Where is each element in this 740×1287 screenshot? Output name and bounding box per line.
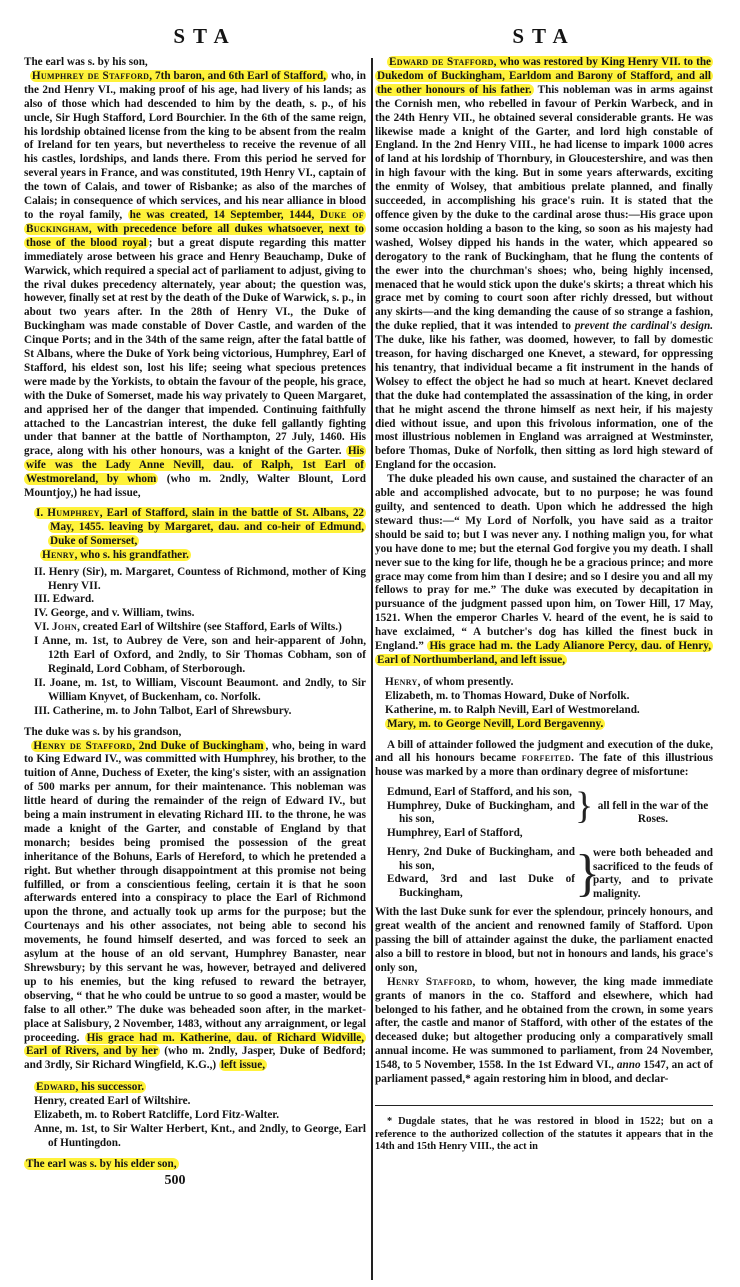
- issue-item: Edward, his successor.: [24, 1081, 366, 1095]
- issue-item: Henry, of whom presently.: [375, 676, 713, 690]
- left-column: STA The earl was s. by his son, Humphrey…: [24, 0, 366, 1188]
- issue-number: III.: [34, 705, 50, 717]
- issue-item: II. Joane, m. 1st, to William, Viscount …: [24, 677, 366, 705]
- brace-entry: Humphrey, Duke of Buckingham, and his so…: [385, 800, 575, 827]
- paragraph-edward-3rd-duke: Edward de Stafford, who was restored by …: [375, 56, 713, 473]
- issue-text: , who s. his grandfather.: [75, 549, 189, 561]
- document-page: STA The earl was s. by his son, Humphrey…: [0, 0, 740, 1287]
- succession-line: The earl was s. by his son,: [24, 56, 148, 68]
- body-text: he was created, 14 September, 1444,: [130, 209, 320, 221]
- issue-item: Elizabeth, m. to Robert Ratcliffe, Lord …: [24, 1109, 366, 1123]
- succession-line: The duke was s. by his grandson,: [24, 726, 181, 738]
- right-brace-icon: }: [575, 786, 589, 840]
- body-text: who, in the 2nd Henry VI., making proof …: [24, 70, 366, 221]
- issue-number: I: [34, 635, 38, 647]
- issue-list-edward: Henry, of whom presently. Elizabeth, m. …: [375, 676, 713, 732]
- issue-text: George, and v. William, twins.: [51, 607, 195, 619]
- issue-number: II.: [34, 566, 46, 578]
- person-name: Henry: [385, 676, 418, 688]
- person-name: John: [52, 621, 77, 633]
- issue-item: Elizabeth, m. to Thomas Howard, Duke of …: [375, 690, 713, 704]
- body-text: The duke, like his father, was doomed, h…: [375, 334, 713, 471]
- issue-list-humphrey: I. Humphrey, Earl of Stafford, slain in …: [24, 507, 366, 719]
- issue-text: Edward.: [53, 593, 94, 605]
- issue-item: Katherine, m. to Ralph Nevill, Earl of W…: [375, 704, 713, 718]
- brace-entry: Edmund, Earl of Stafford, and his son,: [385, 786, 575, 800]
- issue-text: , his successor.: [76, 1081, 145, 1093]
- issue-text: , of whom presently.: [418, 676, 514, 688]
- paragraph-attainder: A bill of attainder followed the judgmen…: [375, 739, 713, 781]
- person-name: Henry de Stafford: [33, 740, 132, 752]
- issue-text: , created Earl of Wiltshire (see Staffor…: [77, 621, 342, 633]
- brace-summary: all fell in the war of the Roses.: [589, 786, 713, 840]
- brace-group-war-of-roses: Edmund, Earl of Stafford, and his son, H…: [375, 786, 713, 840]
- issue-number: VI.: [34, 621, 49, 633]
- highlight-left-issue: left issue,: [219, 1059, 267, 1071]
- issue-text: Elizabeth, m. to Robert Ratcliffe, Lord …: [34, 1109, 279, 1121]
- title-text: , 7th baron, and 6th Earl of Stafford,: [149, 70, 326, 82]
- forfeited-text: forfeited: [522, 752, 571, 764]
- brace-entry: Humphrey, Earl of Stafford,: [385, 827, 575, 841]
- issue-item: Anne, m. 1st, to Sir Walter Herbert, Knt…: [24, 1123, 366, 1151]
- running-head-left: STA: [24, 0, 366, 56]
- paragraph-last-duke: With the last Duke sunk for ever the spl…: [375, 906, 713, 976]
- column-divider: [371, 58, 373, 1280]
- issue-text: Elizabeth, m. to Thomas Howard, Duke of …: [385, 690, 629, 702]
- person-name: Henry Stafford: [387, 976, 473, 988]
- issue-item: VI. John, created Earl of Wiltshire (see…: [24, 621, 366, 635]
- issue-text: Henry, created Earl of Wiltshire.: [34, 1095, 190, 1107]
- paragraph-henry-stafford: Henry Stafford, to whom, however, the ki…: [375, 976, 713, 1087]
- issue-text: Katherine, m. to Ralph Nevill, Earl of W…: [385, 704, 640, 716]
- issue-text: Anne, m. 1st, to Aubrey de Vere, son and…: [42, 635, 366, 675]
- italic-text: anno: [617, 1059, 641, 1071]
- paragraph-henry-2nd-duke: The duke was s. by his grandson, Henry d…: [24, 726, 366, 1074]
- issue-item: I. Humphrey, Earl of Stafford, slain in …: [24, 507, 366, 549]
- person-name: Henry: [42, 549, 75, 561]
- person-name: Humphrey: [47, 507, 99, 519]
- issue-text: Mary, m. to George Nevill, Lord Bergaven…: [385, 718, 605, 730]
- person-name: Edward de Stafford: [389, 56, 494, 68]
- issue-item: Henry, who s. his grandfather.: [24, 549, 366, 563]
- person-name: Humphrey de Stafford: [32, 70, 149, 82]
- paragraph-humphrey: The earl was s. by his son, Humphrey de …: [24, 56, 366, 501]
- body-text: , to whom, however, the king made immedi…: [375, 976, 713, 1071]
- issue-text: Anne, m. 1st, to Sir Walter Herbert, Knt…: [34, 1123, 366, 1149]
- footnote: * Dugdale states, that he was restored i…: [375, 1116, 713, 1154]
- issue-number: II.: [34, 677, 46, 689]
- brace-entry: Henry, 2nd Duke of Buckingham, and his s…: [385, 846, 575, 873]
- brace-entry: Edward, 3rd and last Duke of Buckingham,: [385, 873, 575, 900]
- body-text: , who, being in ward to King Edward IV.,…: [24, 740, 366, 1044]
- footnote-rule: [375, 1105, 713, 1106]
- brace-group-beheaded: Henry, 2nd Duke of Buckingham, and his s…: [375, 846, 713, 902]
- italic-text: prevent the cardinal's design.: [575, 320, 713, 332]
- issue-item: II. Henry (Sir), m. Margaret, Countess o…: [24, 566, 366, 594]
- right-column: STA Edward de Stafford, who was restored…: [375, 0, 713, 1154]
- issue-item: Mary, m. to George Nevill, Lord Bergaven…: [375, 718, 713, 732]
- body-text: This nobleman was in arms against the Co…: [375, 84, 713, 332]
- issue-item: III. Edward.: [24, 593, 366, 607]
- issue-item: Henry, created Earl of Wiltshire.: [24, 1095, 366, 1109]
- title-text: , 2nd Duke of Buckingham: [132, 740, 263, 752]
- issue-item: IV. George, and v. William, twins.: [24, 607, 366, 621]
- person-name: Edward: [36, 1081, 76, 1093]
- issue-text: Catherine, m. to John Talbot, Earl of Sh…: [53, 705, 292, 717]
- issue-item: I Anne, m. 1st, to Aubrey de Vere, son a…: [24, 635, 366, 677]
- succession-line-elder-son: The earl was s. by his elder son,: [24, 1158, 366, 1172]
- highlight-humphrey-title: Humphrey de Stafford, 7th baron, and 6th…: [30, 70, 328, 82]
- issue-number: III.: [34, 593, 50, 605]
- issue-item: III. Catherine, m. to John Talbot, Earl …: [24, 705, 366, 719]
- issue-text: Henry (Sir), m. Margaret, Countess of Ri…: [48, 566, 366, 592]
- body-text: The duke pleaded his own cause, and sust…: [375, 473, 713, 652]
- running-head-right: STA: [375, 0, 713, 56]
- paragraph-trial: The duke pleaded his own cause, and sust…: [375, 473, 713, 668]
- issue-text: Joane, m. 1st, to William, Viscount Beau…: [48, 677, 366, 703]
- page-number: 500: [24, 1174, 366, 1188]
- right-brace-icon: }: [575, 846, 589, 902]
- highlight-succession: The earl was s. by his elder son,: [24, 1158, 179, 1170]
- issue-number: I.: [36, 507, 43, 519]
- issue-number: IV.: [34, 607, 48, 619]
- highlight-henry-title: Henry de Stafford, 2nd Duke of Buckingha…: [31, 740, 265, 752]
- brace-summary: were both beheaded and sacrificed to the…: [589, 846, 713, 902]
- issue-list-henry: Edward, his successor. Henry, created Ea…: [24, 1081, 366, 1151]
- body-text: ; but a great dispute regarding this mat…: [24, 237, 366, 458]
